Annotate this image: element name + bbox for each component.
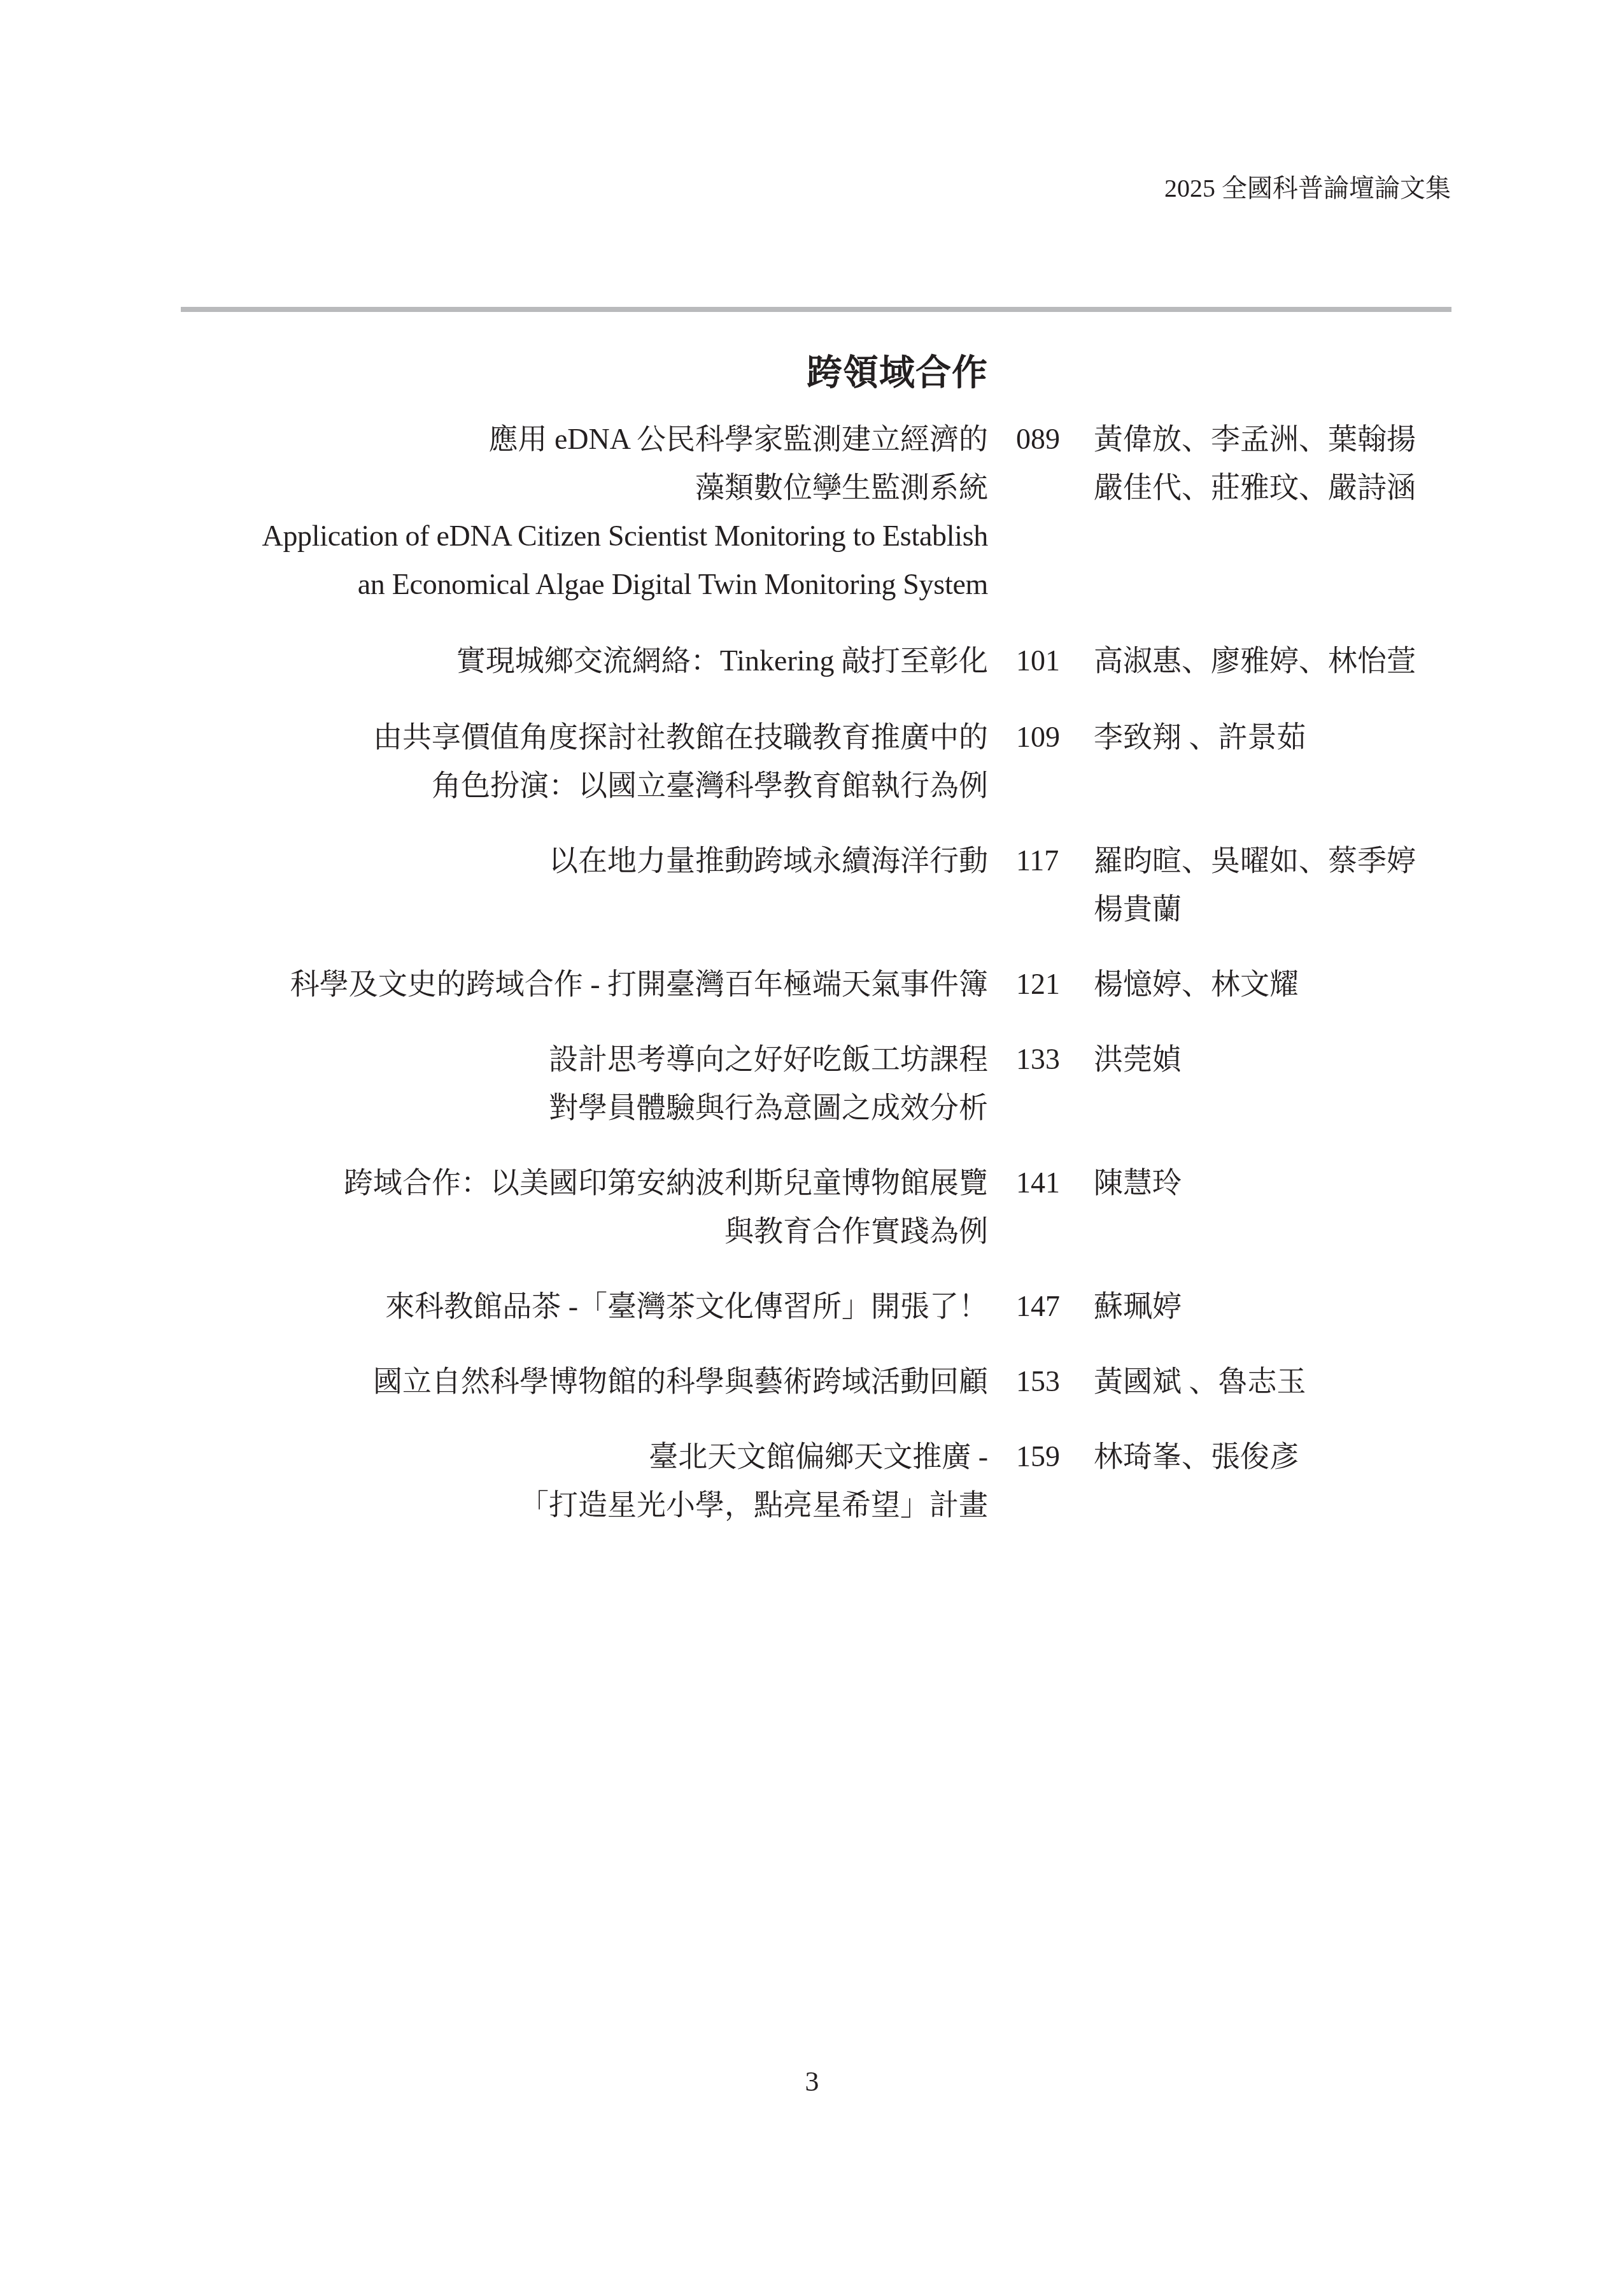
- entry-title-line: 角色扮演：以國立臺灣科學教育館執行為例: [181, 761, 988, 810]
- entry-title-line: 以在地力量推動跨域永續海洋行動: [181, 837, 988, 885]
- entry-title-line: 實現城鄉交流網絡：Tinkering 敲打至彰化: [181, 637, 988, 685]
- entry-authors: 林琦峯、張俊彥: [1094, 1433, 1454, 1481]
- toc-entry[interactable]: 以在地力量推動跨域永續海洋行動 117 羅昀暄、吳曜如、蔡季婷 楊貴蘭: [181, 837, 1454, 933]
- entry-title: 設計思考導向之好好吃飯工坊課程 對學員體驗與行為意圖之成效分析: [181, 1035, 988, 1132]
- entry-author-line: 陳慧玲: [1094, 1159, 1454, 1207]
- entry-authors: 羅昀暄、吳曜如、蔡季婷 楊貴蘭: [1094, 837, 1454, 933]
- entry-author-line: 黃國斌 、魯志玉: [1094, 1357, 1454, 1406]
- entry-page-number: 153: [988, 1357, 1094, 1406]
- entry-title: 以在地力量推動跨域永續海洋行動: [181, 837, 988, 885]
- entry-title: 科學及文史的跨域合作 - 打開臺灣百年極端天氣事件簿: [181, 960, 988, 1008]
- entry-page-number: 109: [988, 713, 1094, 761]
- entry-page-number: 117: [988, 837, 1094, 885]
- section-title: 跨領域合作: [181, 349, 988, 397]
- entry-title-line: 藻類數位孿生監測系統: [181, 463, 988, 512]
- running-header: 2025 全國科普論壇論文集: [1164, 171, 1451, 206]
- entry-title: 臺北天文館偏鄉天文推廣 - 「打造星光小學，點亮星希望」計畫: [181, 1433, 988, 1529]
- entry-page-number: 147: [988, 1282, 1094, 1331]
- toc-entry[interactable]: 設計思考導向之好好吃飯工坊課程 對學員體驗與行為意圖之成效分析 133 洪莞媜: [181, 1035, 1454, 1132]
- entry-authors: 李致翔 、許景茹: [1094, 713, 1454, 761]
- entry-author-line: 高淑惠、廖雅婷、林怡萱: [1094, 637, 1454, 685]
- entry-title-line: 跨域合作：以美國印第安納波利斯兒童博物館展覽: [181, 1159, 988, 1207]
- entry-title: 應用 eDNA 公民科學家監測建立經濟的 藻類數位孿生監測系統 Applicat…: [181, 415, 988, 609]
- table-of-contents: 應用 eDNA 公民科學家監測建立經濟的 藻類數位孿生監測系統 Applicat…: [181, 415, 1454, 1529]
- entry-author-line: 羅昀暄、吳曜如、蔡季婷: [1094, 837, 1454, 885]
- entry-authors: 楊憶婷、林文耀: [1094, 960, 1454, 1008]
- entry-page-number: 101: [988, 637, 1094, 685]
- entry-title-line: 「打造星光小學，點亮星希望」計畫: [181, 1481, 988, 1529]
- toc-entry[interactable]: 應用 eDNA 公民科學家監測建立經濟的 藻類數位孿生監測系統 Applicat…: [181, 415, 1454, 609]
- entry-title-line: 由共享價值角度探討社教館在技職教育推廣中的: [181, 713, 988, 761]
- entry-author-line: 嚴佳代、莊雅玟、嚴詩涵: [1094, 463, 1454, 512]
- entry-english-title-line: Application of eDNA Citizen Scientist Mo…: [181, 512, 988, 560]
- entry-page-number: 121: [988, 960, 1094, 1008]
- entry-authors: 陳慧玲: [1094, 1159, 1454, 1207]
- entry-title-line: 來科教館品茶 -「臺灣茶文化傳習所」開張了！: [181, 1282, 988, 1331]
- entry-author-line: 李致翔 、許景茹: [1094, 713, 1454, 761]
- entry-authors: 蘇珮婷: [1094, 1282, 1454, 1331]
- entry-title-line: 臺北天文館偏鄉天文推廣 -: [181, 1433, 988, 1481]
- entry-title-line: 應用 eDNA 公民科學家監測建立經濟的: [181, 415, 988, 463]
- entry-page-number: 159: [988, 1433, 1094, 1481]
- toc-entry[interactable]: 國立自然科學博物館的科學與藝術跨域活動回顧 153 黃國斌 、魯志玉: [181, 1357, 1454, 1406]
- entry-author-line: 洪莞媜: [1094, 1035, 1454, 1084]
- entry-title: 跨域合作：以美國印第安納波利斯兒童博物館展覽 與教育合作實踐為例: [181, 1159, 988, 1256]
- entry-title-line: 與教育合作實踐為例: [181, 1207, 988, 1256]
- entry-title: 國立自然科學博物館的科學與藝術跨域活動回顧: [181, 1357, 988, 1406]
- page-number: 3: [0, 2063, 1624, 2101]
- entry-author-line: 林琦峯、張俊彥: [1094, 1433, 1454, 1481]
- header-divider: [181, 307, 1451, 312]
- entry-english-title-line: an Economical Algae Digital Twin Monitor…: [181, 560, 988, 609]
- entry-title: 來科教館品茶 -「臺灣茶文化傳習所」開張了！: [181, 1282, 988, 1331]
- toc-entry[interactable]: 來科教館品茶 -「臺灣茶文化傳習所」開張了！ 147 蘇珮婷: [181, 1282, 1454, 1331]
- entry-author-line: 黃偉放、李孟洲、葉翰揚: [1094, 415, 1454, 463]
- toc-entry[interactable]: 臺北天文館偏鄉天文推廣 - 「打造星光小學，點亮星希望」計畫 159 林琦峯、張…: [181, 1433, 1454, 1529]
- entry-author-line: 楊憶婷、林文耀: [1094, 960, 1454, 1008]
- entry-page-number: 141: [988, 1159, 1094, 1207]
- toc-entry[interactable]: 科學及文史的跨域合作 - 打開臺灣百年極端天氣事件簿 121 楊憶婷、林文耀: [181, 960, 1454, 1008]
- entry-title: 由共享價值角度探討社教館在技職教育推廣中的 角色扮演：以國立臺灣科學教育館執行為…: [181, 713, 988, 810]
- entry-title-line: 科學及文史的跨域合作 - 打開臺灣百年極端天氣事件簿: [181, 960, 988, 1008]
- toc-entry[interactable]: 跨域合作：以美國印第安納波利斯兒童博物館展覽 與教育合作實踐為例 141 陳慧玲: [181, 1159, 1454, 1256]
- toc-entry[interactable]: 由共享價值角度探討社教館在技職教育推廣中的 角色扮演：以國立臺灣科學教育館執行為…: [181, 713, 1454, 810]
- entry-author-line: 蘇珮婷: [1094, 1282, 1454, 1331]
- entry-page-number: 089: [988, 415, 1094, 463]
- entry-authors: 高淑惠、廖雅婷、林怡萱: [1094, 637, 1454, 685]
- toc-entry[interactable]: 實現城鄉交流網絡：Tinkering 敲打至彰化 101 高淑惠、廖雅婷、林怡萱: [181, 637, 1454, 685]
- entry-authors: 洪莞媜: [1094, 1035, 1454, 1084]
- entry-page-number: 133: [988, 1035, 1094, 1084]
- entry-title-line: 國立自然科學博物館的科學與藝術跨域活動回顧: [181, 1357, 988, 1406]
- entry-author-line: 楊貴蘭: [1094, 885, 1454, 933]
- entry-title: 實現城鄉交流網絡：Tinkering 敲打至彰化: [181, 637, 988, 685]
- entry-title-line: 設計思考導向之好好吃飯工坊課程: [181, 1035, 988, 1084]
- entry-title-line: 對學員體驗與行為意圖之成效分析: [181, 1084, 988, 1132]
- entry-authors: 黃國斌 、魯志玉: [1094, 1357, 1454, 1406]
- entry-authors: 黃偉放、李孟洲、葉翰揚 嚴佳代、莊雅玟、嚴詩涵: [1094, 415, 1454, 512]
